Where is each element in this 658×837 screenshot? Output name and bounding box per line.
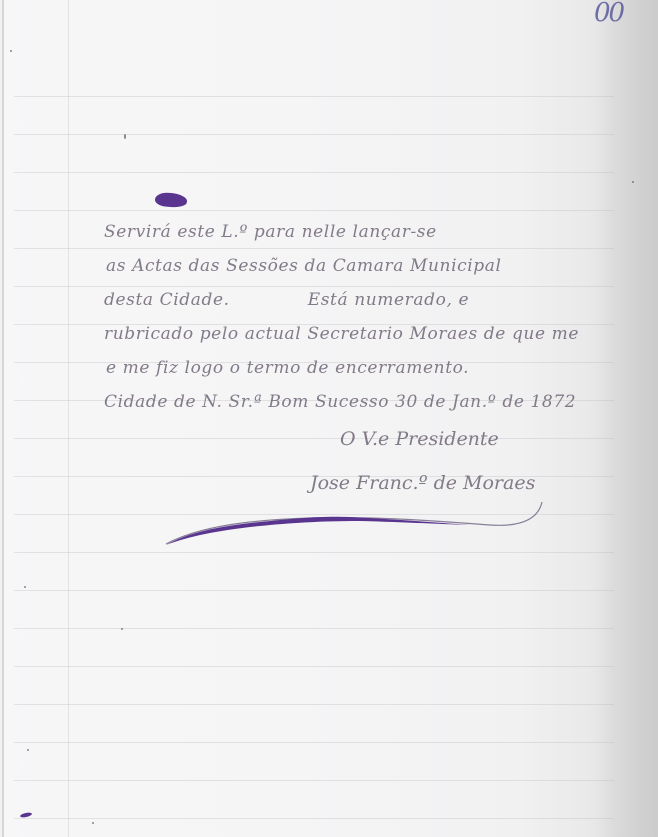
paper-speck — [632, 181, 634, 183]
handwritten-line-4-text: rubricado pelo actual Secretario Moraes … — [104, 324, 579, 344]
ruled-line — [14, 818, 614, 819]
ruled-line — [14, 780, 614, 781]
ruled-line — [14, 742, 614, 743]
paper-speck — [124, 134, 126, 139]
paper-speck — [24, 586, 26, 588]
ruled-line — [14, 286, 614, 287]
ruled-line — [14, 134, 614, 135]
paper-speck — [27, 749, 29, 751]
page-left-edge — [2, 0, 4, 837]
ruled-line — [14, 628, 614, 629]
paper-speck — [10, 50, 12, 52]
handwritten-line-3: desta Cidade. Está numerado, e — [104, 290, 469, 310]
folio-number: 00 — [594, 0, 623, 28]
handwritten-line-5: e me fiz logo o termo de encerramento. — [106, 358, 469, 378]
ruled-line — [14, 704, 614, 705]
manuscript-page: 00 Servirá este L.º para nelle lançar-se… — [0, 0, 658, 837]
paper-speck — [121, 628, 123, 630]
signature-flourish — [160, 500, 560, 560]
ink-blot — [155, 192, 188, 208]
handwritten-line-2: as Actas das Sessões da Camara Municipal — [106, 256, 502, 276]
ruled-line — [14, 172, 614, 173]
ruled-line — [14, 666, 614, 667]
paper-speck — [92, 822, 94, 824]
ruled-line — [14, 210, 614, 211]
handwritten-line-6: Cidade de N. Sr.ª Bom Sucesso 30 de Jan.… — [104, 392, 576, 412]
handwritten-line-1: Servirá este L.º para nelle lançar-se — [104, 222, 437, 242]
margin-line — [68, 0, 69, 837]
handwritten-line-4: rubricado pelo actual Secretario Moraes … — [104, 324, 579, 344]
page-right-shadow — [598, 0, 658, 837]
ruled-line — [14, 96, 614, 97]
ruled-line — [14, 590, 614, 591]
ruled-line — [14, 248, 614, 249]
signature-name: Jose Franc.º de Moraes — [310, 472, 535, 494]
signature-title: O V.e Presidente — [340, 428, 499, 450]
ruled-line — [14, 438, 614, 439]
